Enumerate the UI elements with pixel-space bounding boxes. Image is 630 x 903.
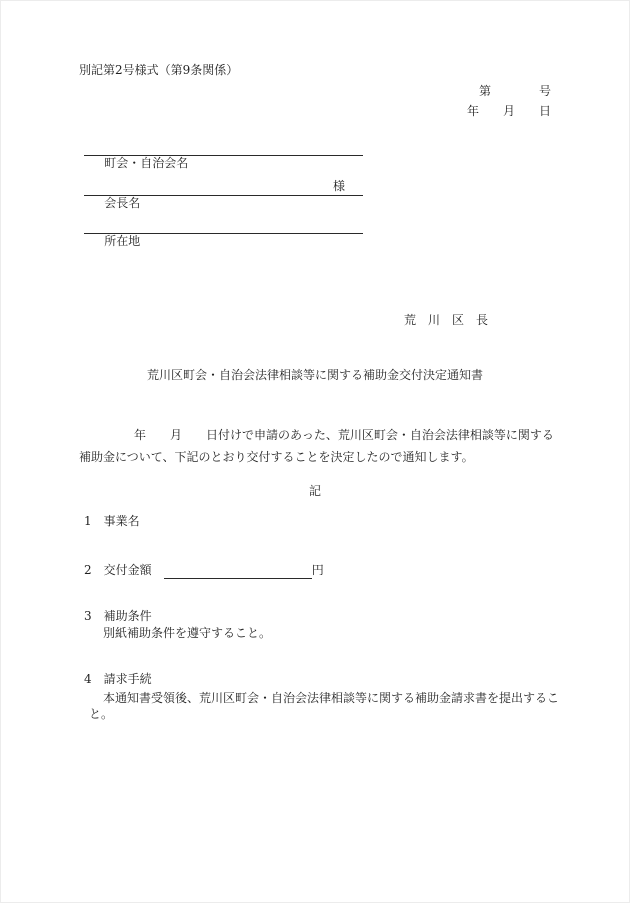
notification-form-page: 別記第2号様式（第9条関係） 第 号 年 月 日 町会・自治会名 会長名 様 所… (0, 0, 630, 903)
honorific-label: 様 (333, 178, 345, 195)
item1-number: 1 (84, 514, 92, 528)
item4-label: 請求手続 (104, 672, 152, 686)
association-name-field: 町会・自治会名 (84, 138, 363, 156)
item-grant-amount: 2 交付金額 円 (84, 563, 324, 579)
record-marker: 記 (1, 484, 629, 499)
item1-label: 事業名 (104, 514, 140, 528)
chairman-name-field: 会長名 様 (84, 178, 363, 196)
address-field: 所在地 (84, 216, 363, 234)
item-claim-procedure-detail-line1: 本通知書受領後、荒川区町会・自治会法律相談等に関する補助金請求書を提出するこ (103, 691, 559, 706)
body-paragraph-line1: 年 月 日付けで申請のあった、荒川区町会・自治会法律相談等に関する (79, 428, 554, 443)
item3-label: 補助条件 (104, 609, 152, 623)
item-subsidy-conditions-detail: 別紙補助条件を遵守すること。 (103, 626, 271, 641)
document-title: 荒川区町会・自治会法律相談等に関する補助金交付決定通知書 (1, 368, 629, 383)
doc-number-line: 第 号 (479, 84, 551, 99)
grant-amount-unit: 円 (312, 563, 324, 577)
body-paragraph-line2: 補助金について、下記のとおり交付することを決定したので通知します。 (79, 450, 474, 465)
item4-number: 4 (84, 672, 92, 686)
association-name-label: 町会・自治会名 (99, 156, 188, 170)
item2-number: 2 (84, 563, 92, 577)
item-claim-procedure: 4 請求手続 (84, 672, 152, 687)
grant-amount-blank (164, 563, 312, 579)
sender-name: 荒 川 区 長 (404, 313, 488, 328)
date-line: 年 月 日 (467, 104, 551, 119)
item-claim-procedure-detail-line2: と。 (89, 707, 113, 722)
item3-number: 3 (84, 609, 92, 623)
item2-label: 交付金額 (104, 563, 152, 577)
item-business-name: 1 事業名 (84, 514, 140, 529)
address-label: 所在地 (99, 234, 140, 248)
form-style-label: 別記第2号様式（第9条関係） (79, 63, 238, 78)
chairman-name-label: 会長名 (99, 196, 140, 210)
item-subsidy-conditions: 3 補助条件 (84, 609, 152, 624)
